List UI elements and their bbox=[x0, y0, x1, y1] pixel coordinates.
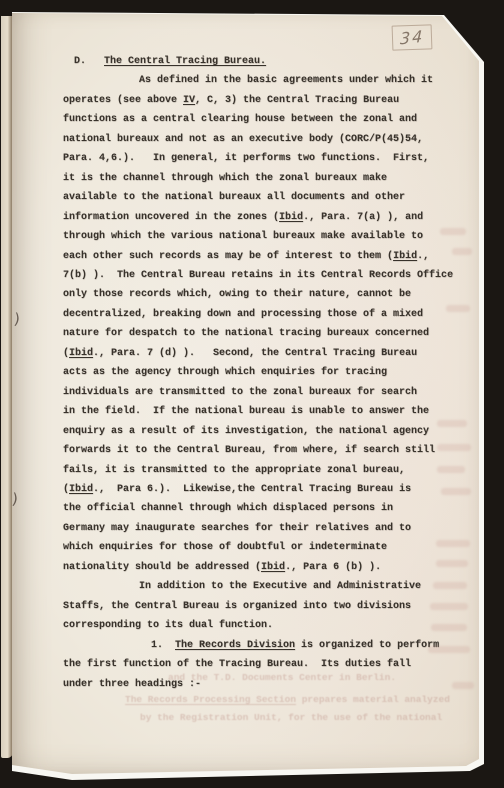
bleed-through-mark bbox=[446, 305, 470, 312]
bleed-through-mark bbox=[452, 248, 472, 255]
underlined-text: The Records Division bbox=[175, 640, 295, 651]
underlined-text: IV bbox=[183, 95, 195, 106]
bleed-through-mark bbox=[441, 488, 471, 495]
bleed-through-mark bbox=[433, 582, 467, 589]
text-line: nature for despatch to the national trac… bbox=[63, 324, 475, 343]
text-segment: in the field. If the national bureau is … bbox=[63, 406, 429, 417]
underlined-text: Ibid bbox=[393, 251, 417, 262]
text-line: D. The Central Tracing Bureau. bbox=[63, 52, 475, 71]
text-segment: individuals are transmitted to the zonal… bbox=[63, 387, 417, 398]
pencil-mark: ) bbox=[11, 490, 19, 509]
text-segment: operates (see above bbox=[63, 95, 183, 106]
text-line: the official channel through which displ… bbox=[63, 499, 475, 518]
bleed-through-mark bbox=[437, 466, 465, 473]
text-line: corresponding to its dual function. bbox=[63, 616, 475, 635]
text-line: decentralized, breaking down and process… bbox=[63, 305, 475, 324]
underlined-text: The Records Processing Section bbox=[125, 694, 296, 705]
underlined-text: Ibid bbox=[69, 348, 93, 359]
text-segment: only those records which, owing to their… bbox=[63, 289, 411, 300]
bleed-through-mark bbox=[437, 444, 471, 451]
text-segment: ., Para. 7(a) ), and bbox=[303, 212, 423, 223]
bleedthrough-line: and the T.D. Documents Center in Berlin. bbox=[168, 672, 396, 683]
bleed-through-mark bbox=[436, 560, 468, 567]
text-line: each other such records as may be of int… bbox=[63, 247, 475, 266]
bleed-through-mark bbox=[430, 603, 468, 610]
text-segment: through which the various national burea… bbox=[63, 231, 423, 242]
text-line: nationality should be addressed (Ibid., … bbox=[63, 558, 475, 577]
text-segment: 7(b) ). The Central Bureau retains in it… bbox=[63, 270, 453, 281]
text-segment: each other such records as may be of int… bbox=[63, 251, 393, 262]
text-line: national bureaux and not as an executive… bbox=[63, 130, 475, 149]
bleed-through-mark bbox=[431, 624, 467, 631]
text-segment: As defined in the basic agreements under… bbox=[139, 75, 433, 86]
text-segment: D. bbox=[74, 56, 104, 67]
text-segment: it is the channel through which the zona… bbox=[63, 173, 387, 184]
bleedthrough-line: by the Registration Unit, for the use of… bbox=[140, 712, 442, 723]
bleed-through-mark bbox=[428, 646, 470, 653]
text-line: (Ibid., Para. 7 (d) ). Second, the Centr… bbox=[63, 344, 475, 363]
text-line: In addition to the Executive and Adminis… bbox=[63, 577, 475, 596]
text-segment: prepares material analyzed bbox=[296, 694, 450, 705]
text-line: fails, it is transmitted to the appropri… bbox=[63, 461, 475, 480]
text-line: through which the various national burea… bbox=[63, 227, 475, 246]
text-segment: ., Para 6 (b) ). bbox=[285, 562, 381, 573]
text-segment: nationality should be addressed ( bbox=[63, 562, 261, 573]
page-number-stamp: 34 bbox=[392, 24, 433, 50]
text-segment: and the T.D. Documents Center in Berlin. bbox=[168, 672, 396, 683]
bleed-through-mark bbox=[436, 540, 470, 547]
text-segment: ., bbox=[417, 251, 429, 262]
bleed-through-mark bbox=[452, 682, 474, 689]
text-segment: nature for despatch to the national trac… bbox=[63, 328, 429, 339]
page-number: 34 bbox=[400, 27, 425, 49]
text-line: individuals are transmitted to the zonal… bbox=[63, 383, 475, 402]
text-line: 7(b) ). The Central Bureau retains in it… bbox=[63, 266, 475, 285]
text-line: acts as the agency through which enquiri… bbox=[63, 363, 475, 382]
text-segment: Germany may inaugurate searches for thei… bbox=[63, 523, 411, 534]
text-segment: forwards it to the Central Bureau, from … bbox=[63, 445, 435, 456]
text-segment: information uncovered in the zones ( bbox=[63, 212, 279, 223]
text-segment: acts as the agency through which enquiri… bbox=[63, 367, 387, 378]
typewritten-text-block: D. The Central Tracing Bureau.As defined… bbox=[63, 52, 475, 694]
underlined-text: Ibid bbox=[69, 484, 93, 495]
text-line: in the field. If the national bureau is … bbox=[63, 402, 475, 421]
text-line: Staffs, the Central Bureau is organized … bbox=[63, 597, 475, 616]
text-line: only those records which, owing to their… bbox=[63, 285, 475, 304]
text-segment: enquiry as a result of its investigation… bbox=[63, 426, 429, 437]
text-segment: the official channel through which displ… bbox=[63, 503, 393, 514]
text-segment: , C, 3) the Central Tracing Bureau bbox=[195, 95, 399, 106]
underlined-text: Ibid bbox=[261, 562, 285, 573]
text-line: forwards it to the Central Bureau, from … bbox=[63, 441, 475, 460]
text-segment: which enquiries for those of doubtful or… bbox=[63, 542, 387, 553]
underlined-text: Ibid bbox=[279, 212, 303, 223]
text-line: operates (see above IV, C, 3) the Centra… bbox=[63, 91, 475, 110]
text-line: which enquiries for those of doubtful or… bbox=[63, 538, 475, 557]
text-segment: fails, it is transmitted to the appropri… bbox=[63, 465, 405, 476]
underlined-text: The Central Tracing Bureau. bbox=[104, 56, 266, 67]
text-segment: national bureaux and not as an executive… bbox=[63, 134, 423, 145]
text-line: information uncovered in the zones (Ibid… bbox=[63, 208, 475, 227]
text-segment: ., Para. 7 (d) ). Second, the Central Tr… bbox=[93, 348, 417, 359]
text-segment: 1. bbox=[151, 640, 175, 651]
text-segment: decentralized, breaking down and process… bbox=[63, 309, 423, 320]
text-segment: the first function of the Tracing Bureau… bbox=[63, 659, 411, 670]
text-segment: by the Registration Unit, for the use of… bbox=[140, 712, 442, 723]
text-line: (Ibid., Para 6.). Likewise,the Central T… bbox=[63, 480, 475, 499]
text-line: available to the national bureaux all do… bbox=[63, 188, 475, 207]
underlying-page-edge bbox=[1, 16, 13, 758]
bleed-through-mark bbox=[437, 420, 467, 427]
scanned-document-view: 34 D. The Central Tracing Bureau.As defi… bbox=[0, 0, 504, 788]
pencil-mark: ) bbox=[13, 310, 21, 329]
text-segment: is organized to perform bbox=[295, 640, 439, 651]
text-segment: available to the national bureaux all do… bbox=[63, 192, 405, 203]
text-segment: In addition to the Executive and Adminis… bbox=[139, 581, 421, 592]
text-segment: Staffs, the Central Bureau is organized … bbox=[63, 601, 411, 612]
text-segment: functions as a central clearing house be… bbox=[63, 114, 417, 125]
document-page: 34 D. The Central Tracing Bureau.As defi… bbox=[12, 8, 480, 776]
text-line: Germany may inaugurate searches for thei… bbox=[63, 519, 475, 538]
text-line: it is the channel through which the zona… bbox=[63, 169, 475, 188]
text-line: functions as a central clearing house be… bbox=[63, 110, 475, 129]
bleedthrough-line: The Records Processing Section prepares … bbox=[125, 694, 450, 705]
text-line: 1. The Records Division is organized to … bbox=[63, 636, 475, 655]
text-line: enquiry as a result of its investigation… bbox=[63, 422, 475, 441]
text-line: Para. 4,6.). In general, it performs two… bbox=[63, 149, 475, 168]
text-segment: ., Para 6.). Likewise,the Central Tracin… bbox=[93, 484, 411, 495]
text-segment: corresponding to its dual function. bbox=[63, 620, 273, 631]
text-line: As defined in the basic agreements under… bbox=[63, 71, 475, 90]
bleed-through-mark bbox=[440, 228, 466, 235]
text-segment: Para. 4,6.). In general, it performs two… bbox=[63, 153, 429, 164]
